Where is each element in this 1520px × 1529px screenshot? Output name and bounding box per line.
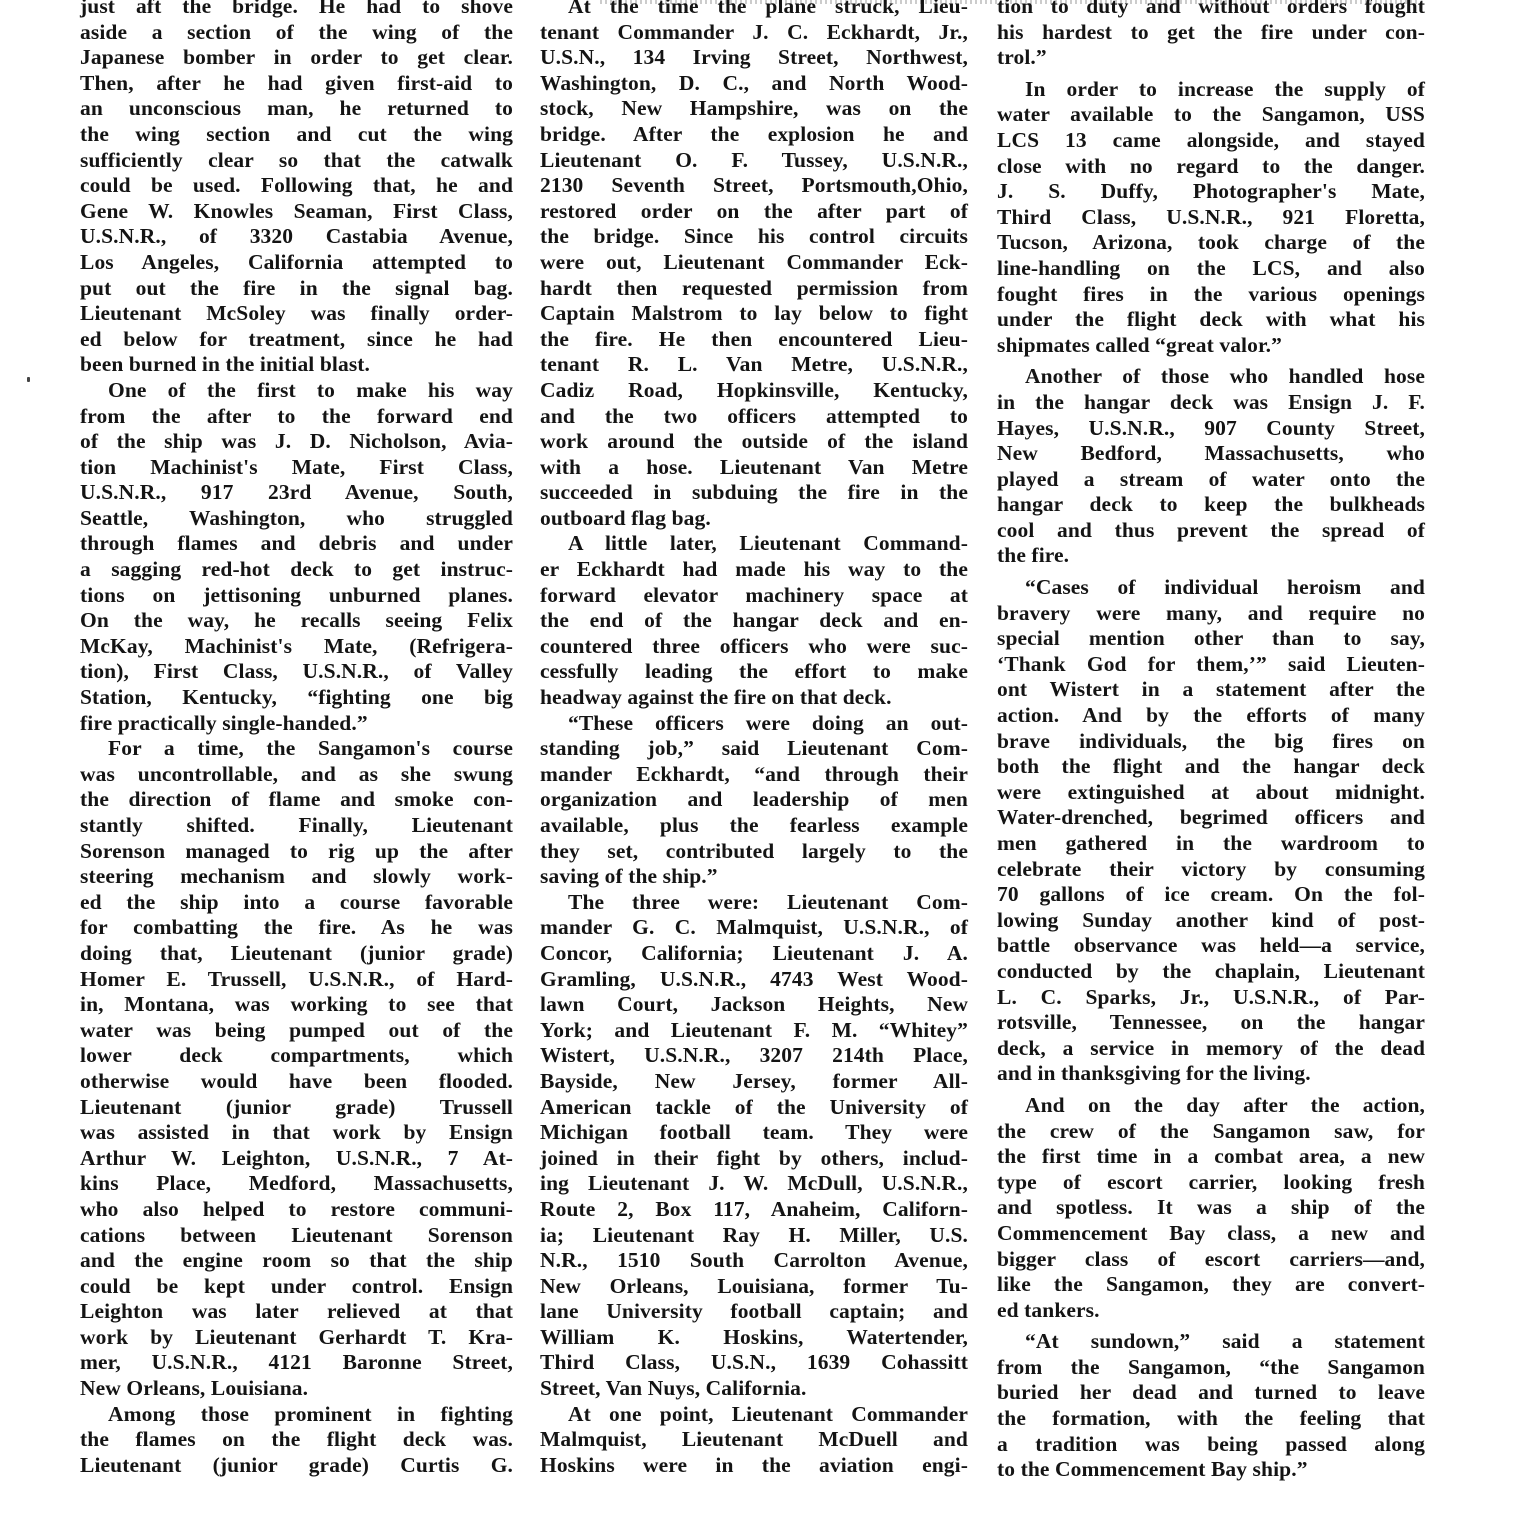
text-line: celebrate their victory by consuming (997, 857, 1425, 883)
text-line: Concor, California; Lieutenant J. A. (540, 941, 968, 967)
text-line: Arthur W. Leighton, U.S.N.R., 7 At- (80, 1146, 513, 1172)
text-line: of the ship was J. D. Nicholson, Avia- (80, 429, 513, 455)
text-line: the fire. (997, 543, 1425, 569)
text-line: was uncontrollable, and as she swung (80, 762, 513, 788)
text-line: cool and thus prevent the spread of (997, 518, 1425, 544)
text-line: forward elevator machinery space at (540, 583, 968, 609)
text-line: were extinguished at about midnight. (997, 780, 1425, 806)
text-line: ing Lieutenant J. W. McDull, U.S.N.R., (540, 1171, 968, 1197)
text-line: lane University football captain; and (540, 1299, 968, 1325)
text-line: Lieutenant (junior grade) Trussell (80, 1095, 513, 1121)
text-line: the end of the hangar deck and en- (540, 608, 968, 634)
text-line: work by Lieutenant Gerhardt T. Kra- (80, 1325, 513, 1351)
text-line: Tucson, Arizona, took charge of the (997, 230, 1425, 256)
text-line: the first time in a combat area, a new (997, 1144, 1425, 1170)
text-line: Sorenson managed to rig up the after (80, 839, 513, 865)
text-line: bravery were many, and require no (997, 601, 1425, 627)
text-line: headway against the fire on that deck. (540, 685, 968, 711)
text-line: Malmquist, Lieutenant McDuell and (540, 1427, 968, 1453)
text-line: conducted by the chaplain, Lieutenant (997, 959, 1425, 985)
article-paragraph: tion to duty and without orders foughthi… (997, 0, 1425, 71)
text-line: 2130 Seventh Street, Portsmouth,Ohio, (540, 173, 968, 199)
text-line: otherwise would have been flooded. (80, 1069, 513, 1095)
document-page: just aft the bridge. He had to shoveasid… (0, 0, 1520, 1529)
article-column-1: just aft the bridge. He had to shoveasid… (80, 0, 513, 1478)
text-line: trol.” (997, 45, 1425, 71)
text-line: saving of the ship.” (540, 864, 968, 890)
text-line: was assisted in that work by Ensign (80, 1120, 513, 1146)
text-line: restored order on the after part of (540, 199, 968, 225)
article-paragraph: A little later, Lieutenant Command-er Ec… (540, 531, 968, 710)
text-line: doing that, Lieutenant (junior grade) (80, 941, 513, 967)
text-line: type of escort carrier, looking fresh (997, 1170, 1425, 1196)
text-line: Gene W. Knowles Seaman, First Class, (80, 199, 513, 225)
text-line: Gramling, U.S.N.R., 4743 West Wood- (540, 967, 968, 993)
text-line: organization and leadership of men (540, 787, 968, 813)
text-line: Hayes, U.S.N.R., 907 County Street, (997, 416, 1425, 442)
text-line: Lieutenant O. F. Tussey, U.S.N.R., (540, 148, 968, 174)
text-line: Hoskins were in the aviation engi- (540, 1453, 968, 1479)
scan-speck (27, 377, 30, 382)
text-line: ed below for treatment, since he had (80, 327, 513, 353)
text-line: Third Class, U.S.N., 1639 Cohassitt (540, 1350, 968, 1376)
text-line: the formation, with the feeling that (997, 1406, 1425, 1432)
text-line: “Cases of individual heroism and (997, 575, 1425, 601)
text-line: tion Machinist's Mate, First Class, (80, 455, 513, 481)
text-line: deck, a service in memory of the dead (997, 1036, 1425, 1062)
text-line: Seattle, Washington, who struggled (80, 506, 513, 532)
text-line: countered three officers who were suc- (540, 634, 968, 660)
text-line: and in thanksgiving for the living. (997, 1061, 1425, 1087)
text-line: with a hose. Lieutenant Van Metre (540, 455, 968, 481)
text-line: brave individuals, the big fires on (997, 729, 1425, 755)
text-line: ia; Lieutenant Ray H. Miller, U.S. (540, 1223, 968, 1249)
text-line: rotsville, Tennessee, on the hangar (997, 1010, 1425, 1036)
text-line: On the way, he recalls seeing Felix (80, 608, 513, 634)
text-line: under the flight deck with what his (997, 307, 1425, 333)
text-line: kins Place, Medford, Massachusetts, (80, 1171, 513, 1197)
text-line: the direction of flame and smoke con- (80, 787, 513, 813)
article-paragraph: Another of those who handled hosein the … (997, 364, 1425, 569)
article-paragraph: The three were: Lieutenant Com-mander G.… (540, 890, 968, 1402)
text-line: in, Montana, was working to see that (80, 992, 513, 1018)
text-line: A little later, Lieutenant Command- (540, 531, 968, 557)
text-line: action. And by the efforts of many (997, 703, 1425, 729)
text-line: the bridge. Since his control circuits (540, 224, 968, 250)
text-line: men gathered in the wardroom to (997, 831, 1425, 857)
text-line: the crew of the Sangamon saw, for (997, 1119, 1425, 1145)
text-line: lawn Court, Jackson Heights, New (540, 992, 968, 1018)
text-line: Commencement Bay class, a new and (997, 1221, 1425, 1247)
text-line: Wistert, U.S.N.R., 3207 214th Place, (540, 1043, 968, 1069)
text-line: close with no regard to the danger. (997, 154, 1425, 180)
text-line: an unconscious man, he returned to (80, 96, 513, 122)
text-line: William K. Hoskins, Watertender, (540, 1325, 968, 1351)
text-line: Homer E. Trussell, U.S.N.R., of Hard- (80, 967, 513, 993)
article-paragraph: One of the first to make his wayfrom the… (80, 378, 513, 736)
text-line: Cadiz Road, Hopkinsville, Kentucky, (540, 378, 968, 404)
text-line: water was being pumped out of the (80, 1018, 513, 1044)
text-line: Captain Malstrom to lay below to fight (540, 301, 968, 327)
text-line: buried her dead and turned to leave (997, 1380, 1425, 1406)
text-line: the wing section and cut the wing (80, 122, 513, 148)
text-line: tion), First Class, U.S.N.R., of Valley (80, 659, 513, 685)
text-line: for combatting the fire. As he was (80, 915, 513, 941)
text-line: work around the outside of the island (540, 429, 968, 455)
text-line: Third Class, U.S.N.R., 921 Floretta, (997, 205, 1425, 231)
article-paragraph: “At sundown,” said a statementfrom the S… (997, 1329, 1425, 1483)
article-paragraph: At one point, Lieutenant CommanderMalmqu… (540, 1402, 968, 1479)
article-paragraph: “Cases of individual heroism andbravery … (997, 575, 1425, 1087)
article-paragraph: At the time the plane struck, Lieu-tenan… (540, 0, 968, 531)
text-line: from the after to the forward end (80, 404, 513, 430)
text-line: tenant R. L. Van Metre, U.S.N.R., (540, 352, 968, 378)
text-line: Among those prominent in fighting (80, 1402, 513, 1428)
text-line: Los Angeles, California attempted to (80, 250, 513, 276)
text-line: lowing Sunday another kind of post- (997, 908, 1425, 934)
text-line: special mention other than to say, (997, 626, 1425, 652)
text-line: “At sundown,” said a statement (997, 1329, 1425, 1355)
text-line: Washington, D. C., and North Wood- (540, 71, 968, 97)
text-line: were out, Lieutenant Commander Eck- (540, 250, 968, 276)
text-line: stock, New Hampshire, was on the (540, 96, 968, 122)
text-line: a sagging red-hot deck to get instruc- (80, 557, 513, 583)
article-paragraph: just aft the bridge. He had to shoveasid… (80, 0, 513, 378)
text-line: ed the ship into a course favorable (80, 890, 513, 916)
text-line: battle observance was held—a service, (997, 933, 1425, 959)
text-line: both the flight and the hangar deck (997, 754, 1425, 780)
text-line: J. S. Duffy, Photographer's Mate, (997, 179, 1425, 205)
text-line: ‘Thank God for them,’” said Lieuten- (997, 652, 1425, 678)
text-line: a tradition was being passed along (997, 1432, 1425, 1458)
text-line: just aft the bridge. He had to shove (80, 0, 513, 20)
text-line: water available to the Sangamon, USS (997, 102, 1425, 128)
text-line: New Orleans, Louisiana, former Tu- (540, 1274, 968, 1300)
text-line: been burned in the initial blast. (80, 352, 513, 378)
text-line: stantly shifted. Finally, Lieutenant (80, 813, 513, 839)
text-line: LCS 13 came alongside, and stayed (997, 128, 1425, 154)
text-line: available, plus the fearless example (540, 813, 968, 839)
text-line: and spotless. It was a ship of the (997, 1195, 1425, 1221)
text-line: mer, U.S.N.R., 4121 Baronne Street, (80, 1350, 513, 1376)
text-line: At the time the plane struck, Lieu- (540, 0, 968, 20)
text-line: tenant Commander J. C. Eckhardt, Jr., (540, 20, 968, 46)
text-line: York; and Lieutenant F. M. “Whitey” (540, 1018, 968, 1044)
text-line: The three were: Lieutenant Com- (540, 890, 968, 916)
text-line: In order to increase the supply of (997, 77, 1425, 103)
text-line: joined in their fight by others, includ- (540, 1146, 968, 1172)
text-line: could be kept under control. Ensign (80, 1274, 513, 1300)
text-line: and the engine room so that the ship (80, 1248, 513, 1274)
text-line: Another of those who handled hose (997, 364, 1425, 390)
text-line: played a stream of water onto the (997, 467, 1425, 493)
text-line: the flames on the flight deck was. (80, 1427, 513, 1453)
text-line: through flames and debris and under (80, 531, 513, 557)
text-line: U.S.N., 134 Irving Street, Northwest, (540, 45, 968, 71)
text-line: New Orleans, Louisiana. (80, 1376, 513, 1402)
text-line: L. C. Sparks, Jr., U.S.N.R., of Par- (997, 985, 1425, 1011)
text-line: they set, contributed largely to the (540, 839, 968, 865)
text-line: tions on jettisoning unburned planes. (80, 583, 513, 609)
article-paragraph: For a time, the Sangamon's coursewas unc… (80, 736, 513, 1401)
text-line: Lieutenant (junior grade) Curtis G. (80, 1453, 513, 1479)
article-column-3: tion to duty and without orders foughthi… (997, 0, 1425, 1483)
text-line: N.R., 1510 South Carrolton Avenue, (540, 1248, 968, 1274)
text-line: could be used. Following that, he and (80, 173, 513, 199)
text-line: ont Wistert in a statement after the (997, 677, 1425, 703)
text-line: standing job,” said Lieutenant Com- (540, 736, 968, 762)
text-line: mander Eckhardt, “and through their (540, 762, 968, 788)
text-line: hardt then requested permission from (540, 276, 968, 302)
text-line: who also helped to restore communi- (80, 1197, 513, 1223)
text-line: U.S.N.R., 917 23rd Avenue, South, (80, 480, 513, 506)
text-line: the fire. He then encountered Lieu- (540, 327, 968, 353)
text-line: in the hangar deck was Ensign J. F. (997, 390, 1425, 416)
text-line: Japanese bomber in order to get clear. (80, 45, 513, 71)
text-line: from the Sangamon, “the Sangamon (997, 1355, 1425, 1381)
text-line: bridge. After the explosion he and (540, 122, 968, 148)
text-line: “These officers were doing an out- (540, 711, 968, 737)
text-line: Station, Kentucky, “fighting one big (80, 685, 513, 711)
text-line: cations between Lieutenant Sorenson (80, 1223, 513, 1249)
text-line: Bayside, New Jersey, former All- (540, 1069, 968, 1095)
text-line: his hardest to get the fire under con- (997, 20, 1425, 46)
text-line: succeeded in subduing the fire in the (540, 480, 968, 506)
article-paragraph: In order to increase the supply ofwater … (997, 77, 1425, 359)
text-line: line-handling on the LCS, and also (997, 256, 1425, 282)
article-paragraph: “These officers were doing an out-standi… (540, 711, 968, 890)
text-line: Route 2, Box 117, Anaheim, Californ- (540, 1197, 968, 1223)
text-line: New Bedford, Massachusetts, who (997, 441, 1425, 467)
text-line: tion to duty and without orders fought (997, 0, 1425, 20)
text-line: Then, after he had given first-aid to (80, 71, 513, 97)
text-line: At one point, Lieutenant Commander (540, 1402, 968, 1428)
text-line: lower deck compartments, which (80, 1043, 513, 1069)
text-line: And on the day after the action, (997, 1093, 1425, 1119)
article-column-2: At the time the plane struck, Lieu-tenan… (540, 0, 968, 1478)
text-line: fire practically single-handed.” (80, 711, 513, 737)
article-paragraph: And on the day after the action,the crew… (997, 1093, 1425, 1323)
article-paragraph: Among those prominent in fightingthe fla… (80, 1402, 513, 1479)
text-line: put out the fire in the signal bag. (80, 276, 513, 302)
text-line: aside a section of the wing of the (80, 20, 513, 46)
text-line: mander G. C. Malmquist, U.S.N.R., of (540, 915, 968, 941)
text-line: to the Commencement Bay ship.” (997, 1457, 1425, 1483)
text-line: U.S.N.R., of 3320 Castabia Avenue, (80, 224, 513, 250)
text-line: outboard flag bag. (540, 506, 968, 532)
text-line: fought fires in the various openings (997, 282, 1425, 308)
text-line: Leighton was later relieved at that (80, 1299, 513, 1325)
text-line: One of the first to make his way (80, 378, 513, 404)
text-line: For a time, the Sangamon's course (80, 736, 513, 762)
text-line: American tackle of the University of (540, 1095, 968, 1121)
text-line: Lieutenant McSoley was finally order- (80, 301, 513, 327)
text-line: Michigan football team. They were (540, 1120, 968, 1146)
text-line: hangar deck to keep the bulkheads (997, 492, 1425, 518)
text-line: and the two officers attempted to (540, 404, 968, 430)
text-line: shipmates called “great valor.” (997, 333, 1425, 359)
text-line: cessfully leading the effort to make (540, 659, 968, 685)
text-line: Street, Van Nuys, California. (540, 1376, 968, 1402)
text-line: bigger class of escort carriers—and, (997, 1247, 1425, 1273)
text-line: steering mechanism and slowly work- (80, 864, 513, 890)
text-line: ed tankers. (997, 1298, 1425, 1324)
text-line: like the Sangamon, they are convert- (997, 1272, 1425, 1298)
text-line: sufficiently clear so that the catwalk (80, 148, 513, 174)
text-line: er Eckhardt had made his way to the (540, 557, 968, 583)
text-line: 70 gallons of ice cream. On the fol- (997, 882, 1425, 908)
text-line: McKay, Machinist's Mate, (Refrigera- (80, 634, 513, 660)
text-line: Water-drenched, begrimed officers and (997, 805, 1425, 831)
